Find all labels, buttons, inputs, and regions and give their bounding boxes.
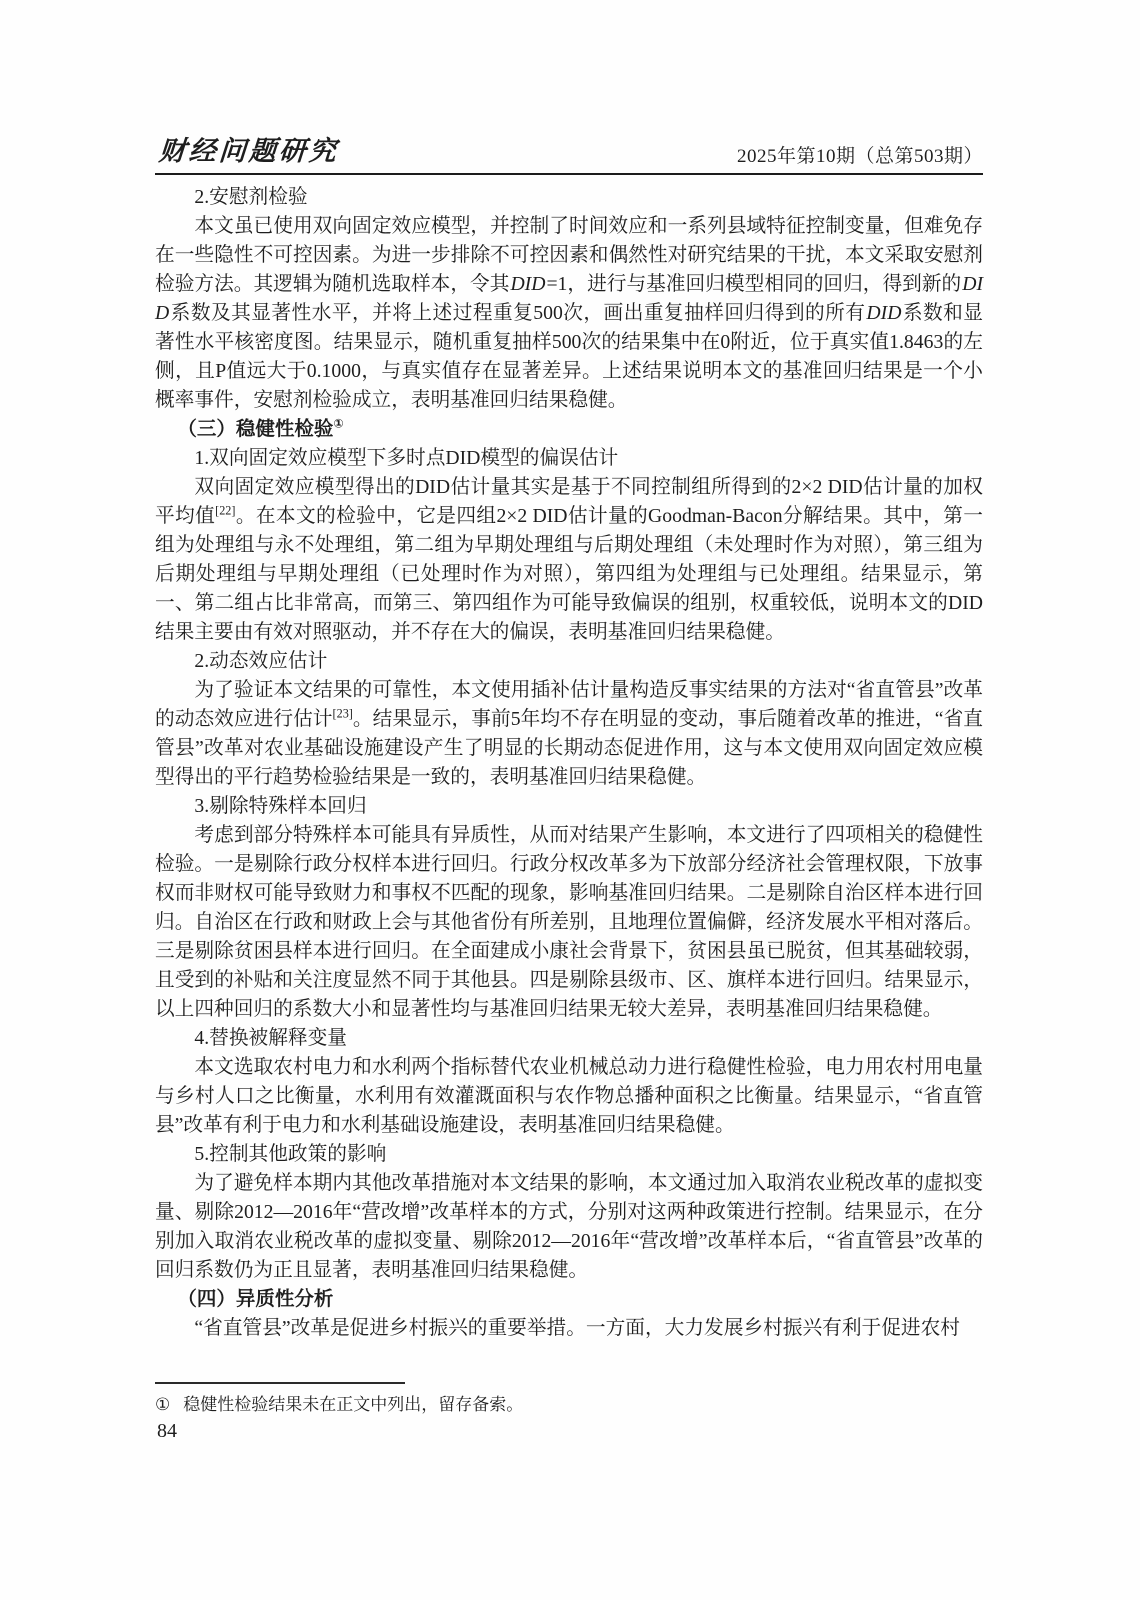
page-number: 84 bbox=[157, 1420, 177, 1443]
footnote-text: 稳健性检验结果未在正文中列出，留存备索。 bbox=[183, 1395, 523, 1414]
text-segment: 3.剔除特殊样本回归 bbox=[194, 795, 366, 817]
text-segment: =1，进行与基准回归模型相同的回归，得到新的 bbox=[546, 273, 961, 295]
text-segment: （四）异质性分析 bbox=[177, 1288, 333, 1310]
text-segment: 。在本文的检验中，它是四组2×2 DID估计量的Goodman-Bacon分解结… bbox=[155, 505, 983, 643]
text-segment: 1.双向固定效应模型下多时点DID模型的偏误估计 bbox=[194, 447, 618, 469]
section-heading: 2.动态效应估计 bbox=[155, 647, 983, 676]
text-segment: （三）稳健性检验 bbox=[177, 418, 333, 440]
footnote-block: ①稳健性检验结果未在正文中列出，留存备索。 bbox=[155, 1382, 983, 1417]
text-segment: 2.动态效应估计 bbox=[194, 650, 327, 672]
journal-header: 财经问题研究 2025年第10期（总第503期） bbox=[155, 130, 983, 175]
section-heading: （三）稳健性检验① bbox=[155, 415, 983, 444]
journal-page: 财经问题研究 2025年第10期（总第503期） 2.安慰剂检验本文虽已使用双向… bbox=[0, 0, 1140, 1600]
section-heading: 2.安慰剂检验 bbox=[155, 183, 983, 212]
text-segment: DID bbox=[509, 273, 546, 295]
superscript-reference: [23] bbox=[333, 706, 353, 720]
footnote-marker: ① bbox=[155, 1395, 170, 1414]
section-heading: 4.替换被解释变量 bbox=[155, 1024, 983, 1053]
text-segment: 系数及其显著性水平，并将上述过程重复500次，画出重复抽样回归得到的所有 bbox=[170, 302, 865, 324]
journal-logo: 财经问题研究 bbox=[154, 129, 341, 168]
paragraph: 本文选取农村电力和水利两个指标替代农业机械总动力进行稳健性检验，电力用农村用电量… bbox=[155, 1053, 983, 1140]
section-heading: 1.双向固定效应模型下多时点DID模型的偏误估计 bbox=[155, 444, 983, 473]
section-heading: 5.控制其他政策的影响 bbox=[155, 1140, 983, 1169]
footnote-divider bbox=[155, 1382, 405, 1384]
text-segment: 5.控制其他政策的影响 bbox=[194, 1143, 386, 1165]
paragraph: 本文虽已使用双向固定效应模型，并控制了时间效应和一系列县域特征控制变量，但难免存… bbox=[155, 212, 983, 415]
text-segment: “省直管县”改革是促进乡村振兴的重要举措。一方面，大力发展乡村振兴有利于促进农村 bbox=[194, 1317, 960, 1339]
paragraph: 考虑到部分特殊样本可能具有异质性，从而对结果产生影响，本文进行了四项相关的稳健性… bbox=[155, 821, 983, 1024]
section-heading: （四）异质性分析 bbox=[155, 1285, 983, 1314]
text-segment: 本文选取农村电力和水利两个指标替代农业机械总动力进行稳健性检验，电力用农村用电量… bbox=[155, 1056, 983, 1136]
paragraph: 为了验证本文结果的可靠性，本文使用插补估计量构造反事实结果的方法对“省直管县”改… bbox=[155, 676, 983, 792]
text-segment: 4.替换被解释变量 bbox=[194, 1027, 347, 1049]
section-heading: 3.剔除特殊样本回归 bbox=[155, 792, 983, 821]
text-segment: DID bbox=[865, 302, 902, 324]
paragraph: 为了避免样本期内其他改革措施对本文结果的影响，本文通过加入取消农业税改革的虚拟变… bbox=[155, 1169, 983, 1285]
superscript-reference: [22] bbox=[215, 503, 235, 517]
superscript-reference: ① bbox=[333, 417, 343, 431]
footnote: ①稳健性检验结果未在正文中列出，留存备索。 bbox=[155, 1393, 983, 1417]
text-segment: 考虑到部分特殊样本可能具有异质性，从而对结果产生影响，本文进行了四项相关的稳健性… bbox=[155, 824, 983, 1020]
text-segment: 2.安慰剂检验 bbox=[194, 186, 307, 208]
issue-info: 2025年第10期（总第503期） bbox=[737, 141, 983, 168]
article-body: 2.安慰剂检验本文虽已使用双向固定效应模型，并控制了时间效应和一系列县域特征控制… bbox=[155, 183, 983, 1343]
text-segment: 为了避免样本期内其他改革措施对本文结果的影响，本文通过加入取消农业税改革的虚拟变… bbox=[155, 1172, 983, 1281]
paragraph: 双向固定效应模型得出的DID估计量其实是基于不同控制组所得到的2×2 DID估计… bbox=[155, 473, 983, 647]
paragraph: “省直管县”改革是促进乡村振兴的重要举措。一方面，大力发展乡村振兴有利于促进农村 bbox=[155, 1314, 983, 1343]
